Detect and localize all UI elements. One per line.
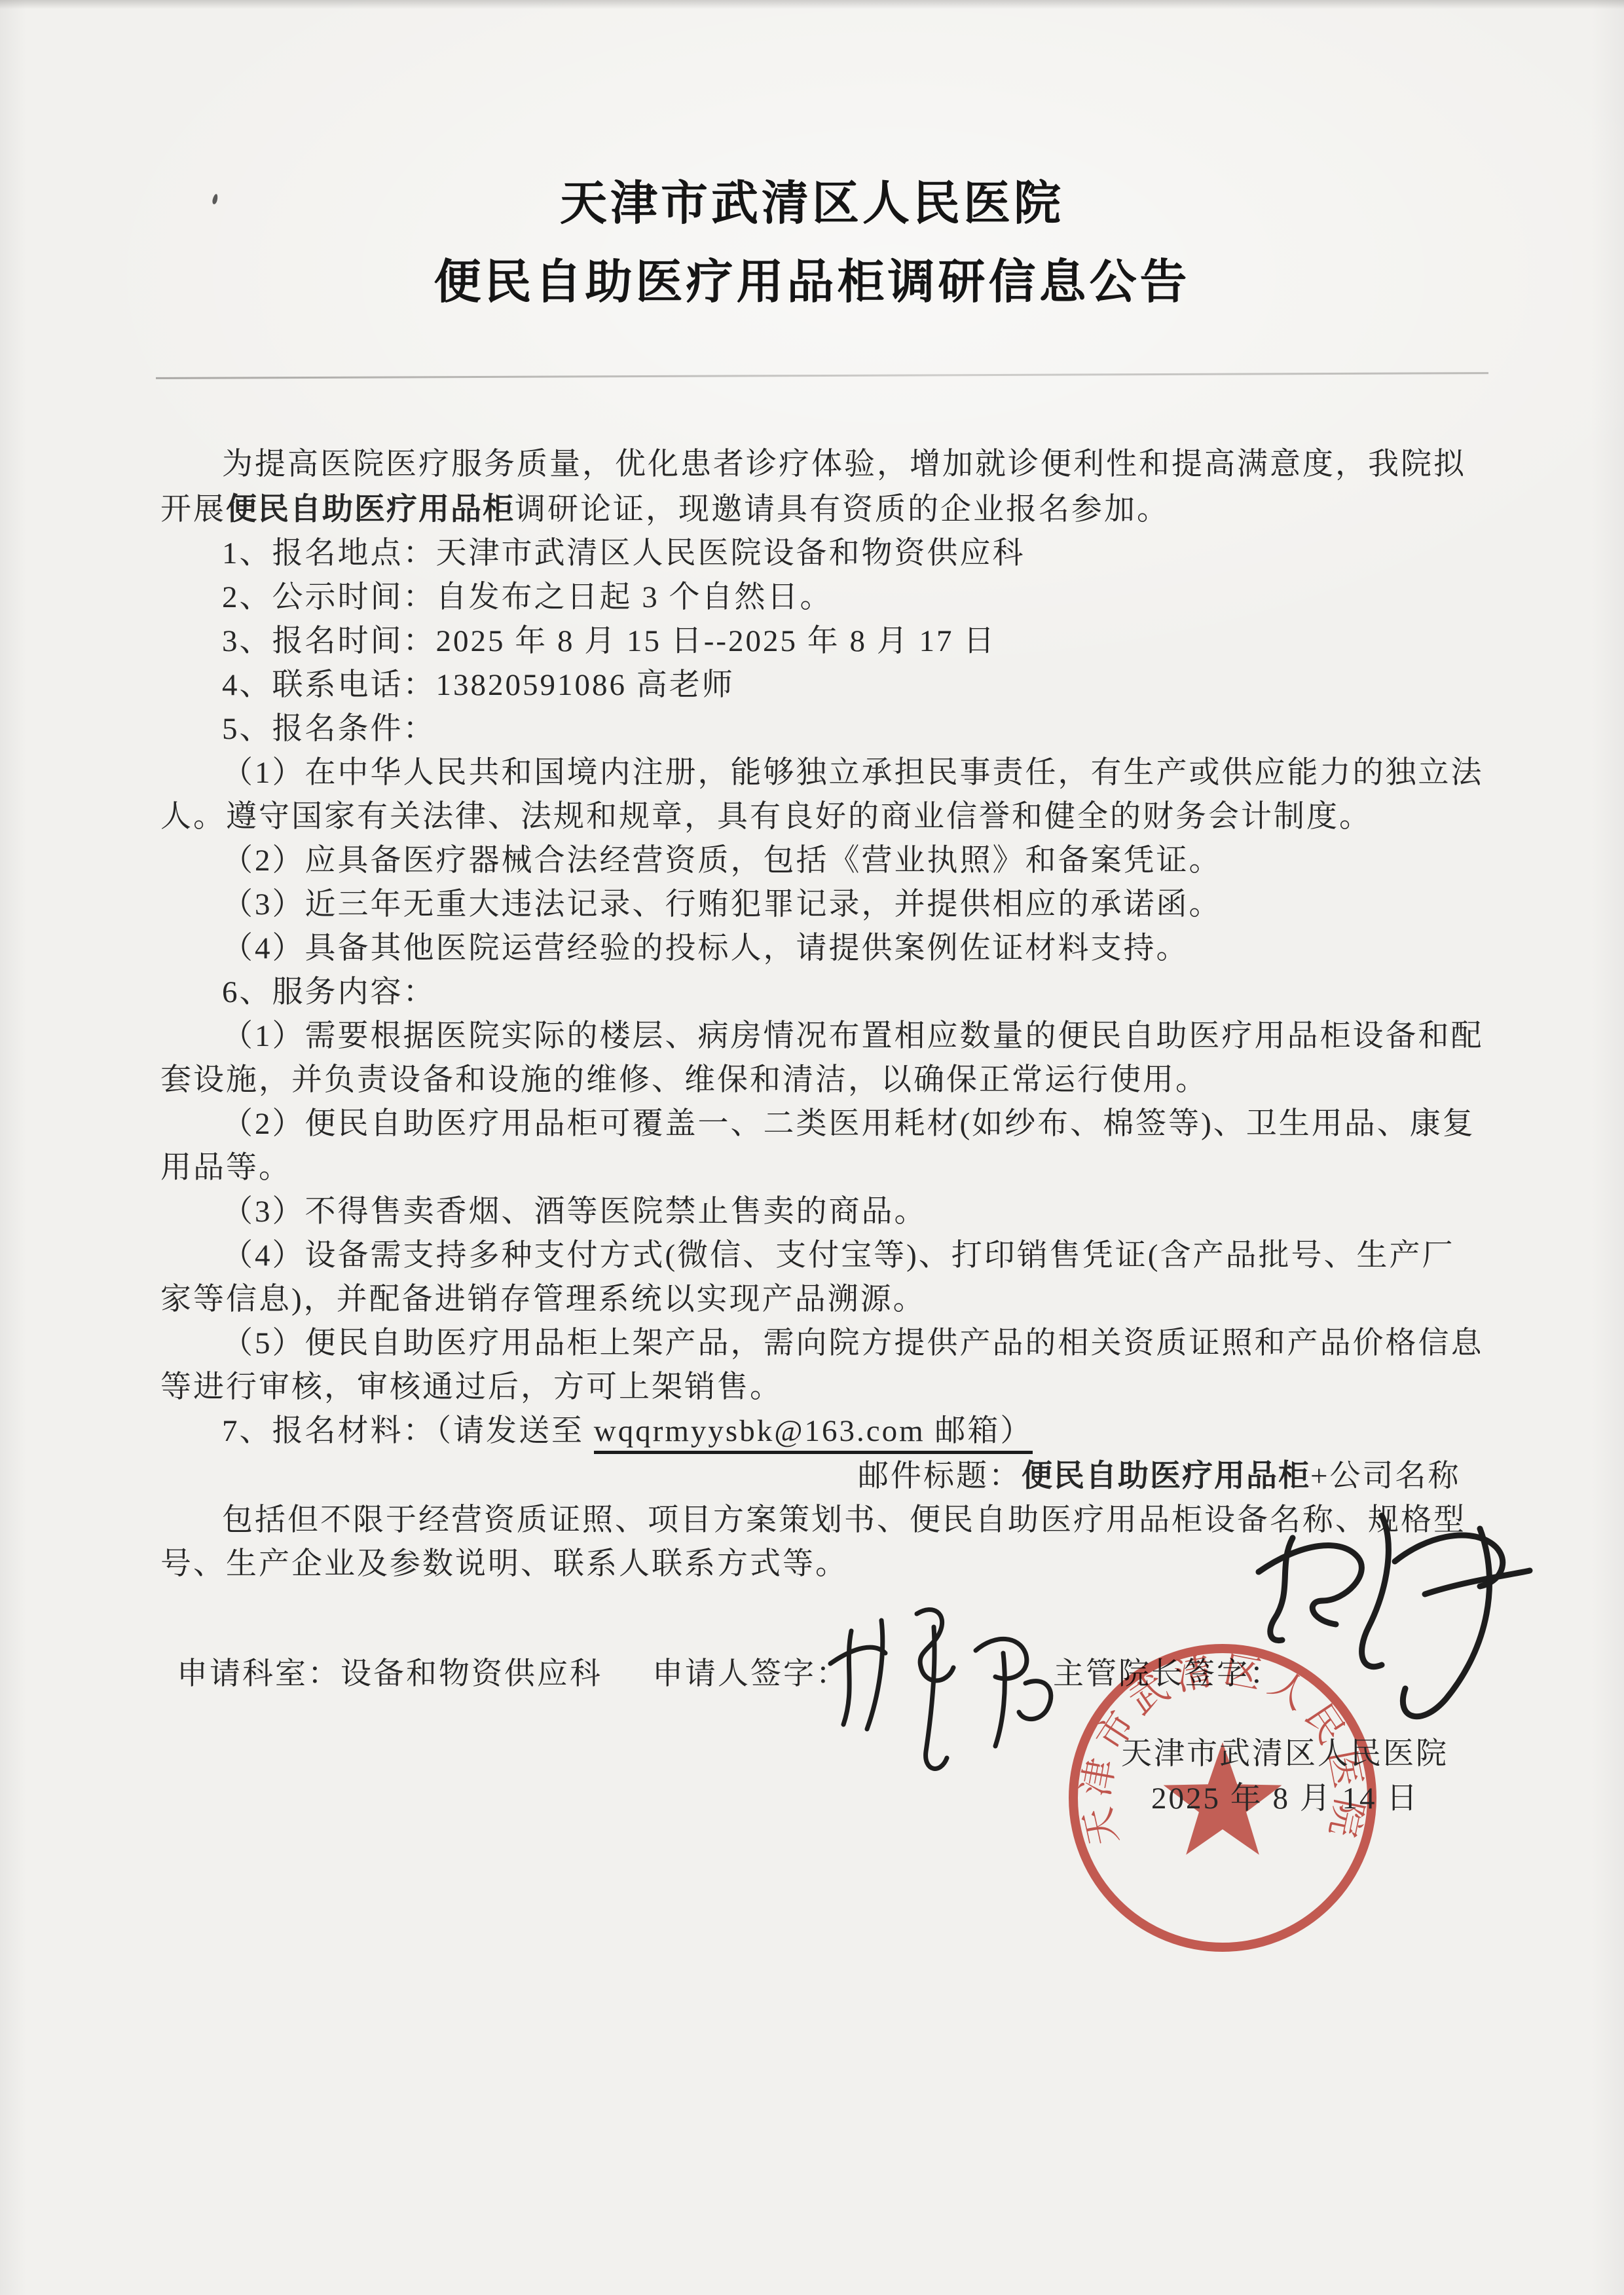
- body-line-22: 等进行审核，审核通过后，方可上架销售。: [160, 1366, 1522, 1409]
- body-line-11: （3）近三年无重大违法记录、行贿犯罪记录，并提供相应的承诺函。: [160, 883, 1522, 927]
- text-segment: （3）近三年无重大违法记录、行贿犯罪记录，并提供相应的承诺函。: [222, 887, 1222, 922]
- body-line-15: 套设施，并负责设备和设施的维修、维保和清洁，以确保正常运行使用。: [160, 1058, 1522, 1102]
- body-line-24: 邮件标题：便民自助医疗用品柜+公司名称: [858, 1453, 1522, 1499]
- apply-dept-row: 申请科室：设备和物资供应科: [177, 1649, 602, 1693]
- text-segment: 家等信息)，并配备进销存管理系统以实现产品溯源。: [160, 1282, 926, 1316]
- body-line-6: 4、联系电话：13820591086 高老师: [160, 663, 1522, 707]
- body-line-20: 家等信息)，并配备进销存管理系统以实现产品溯源。: [160, 1278, 1522, 1322]
- fold-line: [156, 372, 1488, 379]
- apply-dept-value: 设备和物资供应科: [341, 1657, 602, 1691]
- body-line-16: （2）便民自助医疗用品柜可覆盖一、二类医用耗材(如纱布、棉签等)、卫生用品、康复: [160, 1102, 1522, 1146]
- applicant-signature: [819, 1590, 1067, 1787]
- text-segment: 2、公示时间：自发布之日起 3 个自然日。: [222, 580, 833, 614]
- text-segment: （2）应具备医疗器械合法经营资质，包括《营业执照》和备案凭证。: [222, 844, 1222, 878]
- text-segment: （1）需要根据医院实际的楼层、病房情况布置相应数量的便民自助医疗用品柜设备和配: [222, 1019, 1484, 1053]
- text-segment: 等进行审核，审核通过后，方可上架销售。: [160, 1370, 783, 1404]
- text-segment: 人。遵守国家有关法律、法规和规章，具有良好的商业信誉和健全的财务会计制度。: [160, 800, 1372, 834]
- text-segment: 5、报名条件：: [222, 712, 436, 746]
- body-line-3: 1、报名地点：天津市武清区人民医院设备和物资供应科: [160, 532, 1522, 576]
- bold-segment: 便民自助医疗用品柜: [1022, 1458, 1310, 1493]
- director-signature: [1230, 1501, 1544, 1750]
- body-text: 为提高医院医疗服务质量，优化患者诊疗体验，增加就诊便利性和提高满意度，我院拟开展…: [160, 443, 1522, 1586]
- text-segment: （1）在中华人民共和国境内注册，能够独立承担民事责任，有生产或供应能力的独立法: [222, 756, 1484, 790]
- text-segment: 4、联系电话：13820591086 高老师: [222, 668, 735, 702]
- body-line-18: （3）不得售卖香烟、酒等医院禁止售卖的商品。: [160, 1190, 1522, 1234]
- body-line-13: 6、服务内容：: [160, 971, 1522, 1015]
- underlined-email-segment: wqqrmyysbk@163.com 邮箱）: [594, 1414, 1033, 1454]
- footer-date: 2025 年 8 月 14 日: [1151, 1774, 1419, 1818]
- bold-segment: 便民自助医疗用品柜: [226, 491, 515, 526]
- text-segment: （4）具备其他医院运营经验的投标人，请提供案例佐证材料支持。: [222, 931, 1189, 965]
- doc-title-line1: 天津市武清区人民医院: [0, 165, 1624, 233]
- text-segment: 为提高医院医疗服务质量，优化患者诊疗体验，增加就诊便利性和提高满意度，我院拟: [222, 447, 1466, 481]
- body-line-7: 5、报名条件：: [160, 707, 1522, 751]
- body-line-14: （1）需要根据医院实际的楼层、病房情况布置相应数量的便民自助医疗用品柜设备和配: [160, 1015, 1522, 1058]
- text-segment: （3）不得售卖香烟、酒等医院禁止售卖的商品。: [222, 1195, 927, 1229]
- text-segment: 7、报名材料：（请发送至: [222, 1414, 594, 1448]
- body-line-12: （4）具备其他医院运营经验的投标人，请提供案例佐证材料支持。: [160, 927, 1522, 971]
- text-segment: 套设施，并负责设备和设施的维修、维保和清洁，以确保正常运行使用。: [160, 1063, 1208, 1097]
- text-segment: 邮件标题：: [858, 1459, 1022, 1493]
- doc-title-line2: 便民自助医疗用品柜调研信息公告: [0, 244, 1624, 312]
- text-segment: 号、生产企业及参数说明、联系人联系方式等。: [160, 1547, 848, 1581]
- body-line-2: 开展便民自助医疗用品柜调研论证，现邀请具有资质的企业报名参加。: [160, 487, 1522, 532]
- body-line-10: （2）应具备医疗器械合法经营资质，包括《营业执照》和备案凭证。: [160, 839, 1522, 883]
- text-segment: 用品等。: [160, 1151, 291, 1185]
- text-segment: 调研论证，现邀请具有资质的企业报名参加。: [515, 493, 1170, 527]
- body-line-9: 人。遵守国家有关法律、法规和规章，具有良好的商业信誉和健全的财务会计制度。: [160, 795, 1522, 839]
- apply-dept-label: 申请科室：: [177, 1657, 341, 1691]
- document-page: 天津市武清区人民医院 便民自助医疗用品柜调研信息公告 为提高医院医疗服务质量，优…: [0, 0, 1624, 2295]
- body-line-19: （4）设备需支持多种支付方式(微信、支付宝等)、打印销售凭证(含产品批号、生产厂: [160, 1234, 1522, 1278]
- body-line-8: （1）在中华人民共和国境内注册，能够独立承担民事责任，有生产或供应能力的独立法: [160, 751, 1522, 795]
- body-line-23: 7、报名材料：（请发送至 wqqrmyysbk@163.com 邮箱）: [160, 1409, 1522, 1453]
- body-line-21: （5）便民自助医疗用品柜上架产品，需向院方提供产品的相关资质证照和产品价格信息: [160, 1322, 1522, 1366]
- text-segment: （4）设备需支持多种支付方式(微信、支付宝等)、打印销售凭证(含产品批号、生产厂: [222, 1239, 1454, 1273]
- body-line-1: 为提高医院医疗服务质量，优化患者诊疗体验，增加就诊便利性和提高满意度，我院拟: [160, 443, 1522, 487]
- text-segment: 1、报名地点：天津市武清区人民医院设备和物资供应科: [222, 536, 1025, 570]
- text-segment: 3、报名时间：2025 年 8 月 15 日--2025 年 8 月 17 日: [222, 624, 996, 658]
- text-segment: （5）便民自助医疗用品柜上架产品，需向院方提供产品的相关资质证照和产品价格信息: [222, 1326, 1484, 1360]
- body-line-4: 2、公示时间：自发布之日起 3 个自然日。: [160, 576, 1522, 620]
- text-segment: 6、服务内容：: [222, 975, 436, 1009]
- body-line-17: 用品等。: [160, 1146, 1522, 1190]
- text-segment: （2）便民自助医疗用品柜可覆盖一、二类医用耗材(如纱布、棉签等)、卫生用品、康复: [222, 1107, 1475, 1141]
- body-line-5: 3、报名时间：2025 年 8 月 15 日--2025 年 8 月 17 日: [160, 620, 1522, 663]
- text-segment: 开展: [160, 493, 226, 527]
- text-segment: +公司名称: [1310, 1459, 1461, 1493]
